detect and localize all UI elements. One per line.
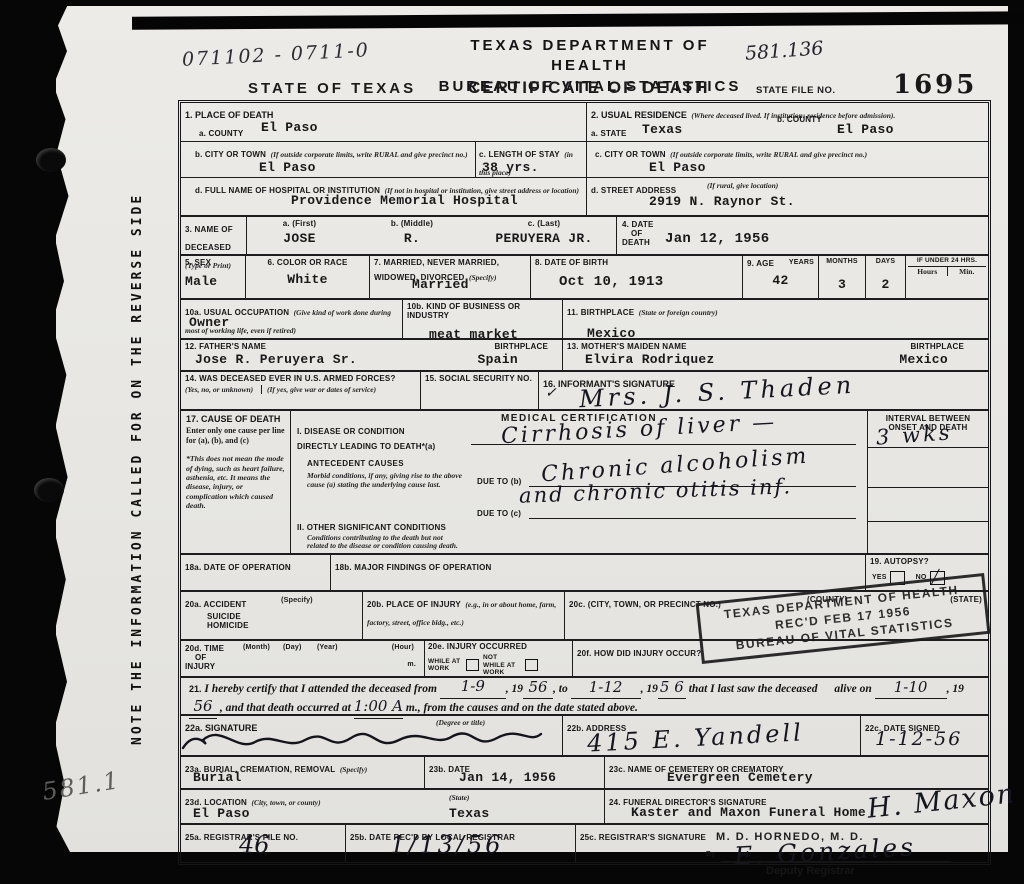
father-bp-value: Spain — [477, 353, 518, 367]
marital-label1: 7. MARRIED, NEVER MARRIED, — [374, 258, 526, 267]
while-at-work-checkbox — [466, 659, 479, 671]
certify-text-7: , 19 — [947, 683, 964, 695]
residence-city-note: (If outside corporate limits, write RURA… — [670, 150, 867, 159]
registrar-file-cell: 25a. REGISTRAR'S FILE NO. 46 — [181, 825, 346, 862]
marital-value: Married — [412, 278, 469, 292]
certify-year2-value: 5 6 — [660, 678, 684, 696]
certify-text-3: , to — [553, 683, 568, 695]
hours-label: Hours — [908, 267, 948, 276]
armed-forces-cell: 14. WAS DECEASED EVER IN U.S. ARMED FORC… — [181, 372, 421, 409]
age-years-cell: 9. AGE YEARS 42 — [743, 256, 819, 298]
burial-state-value: Texas — [449, 807, 490, 821]
residence-county-label: b. COUNTY — [777, 115, 822, 124]
birthplace-note: (State or foreign country) — [639, 308, 718, 317]
operation-date-cell: 18a. DATE OF OPERATION — [181, 555, 331, 590]
other-conditions-label: II. OTHER SIGNIFICANT CONDITIONS — [297, 523, 446, 532]
race-label: 6. COLOR OR RACE — [250, 258, 365, 267]
usual-residence-section: 2. USUAL RESIDENCE (Where deceased lived… — [587, 103, 988, 215]
age-days-cell: DAYS 2 — [866, 256, 906, 298]
certify-alive-value: 1-10 — [894, 678, 928, 696]
dod-label1: 4. DATE — [622, 220, 653, 229]
interval-line-a — [868, 447, 988, 448]
due-to-c-label: DUE TO (c) — [477, 509, 521, 518]
dept-name-line1: TEXAS DEPARTMENT OF HEALTH — [430, 36, 750, 77]
burial-state-note: (State) — [449, 793, 469, 802]
under-24-cell: IF UNDER 24 HRS. Hours Min. — [906, 256, 988, 298]
dod-label3: DEATH — [622, 238, 650, 247]
occupation-value: Owner — [189, 316, 230, 330]
hospital-value: Providence Memorial Hospital — [291, 194, 518, 208]
first-name-value: JOSE — [251, 232, 348, 246]
father-bp-label: BIRTHPLACE — [494, 342, 548, 351]
while-at-work-label: WHILE AT WORK — [428, 658, 462, 673]
due-to-b-label: DUE TO (b) — [477, 477, 522, 486]
certify-text-6: alive on — [834, 683, 871, 695]
informant-cell: 16. INFORMANT'S SIGNATURE ✓ Mrs. J. S. T… — [539, 372, 988, 409]
registrar-signature-label: 25c. REGISTRAR'S SIGNATURE — [580, 833, 706, 842]
disease-condition-label2: DIRECTLY LEADING TO DEATH* — [297, 442, 425, 451]
accident-cell: 20a. ACCIDENT (Specify) SUICIDE HOMICIDE — [181, 592, 363, 639]
certify-text-5: that I last saw the deceased — [689, 683, 818, 695]
not-while-at-work-checkbox — [525, 659, 538, 671]
address-cell: 22b. ADDRESS 415 E. Yandell — [563, 716, 861, 755]
not-while-at-work-label: NOT WHILE AT WORK — [483, 654, 521, 676]
first-name-label: a. (First) — [251, 219, 348, 228]
physician-signature — [177, 722, 547, 756]
sex-cell: 5. SEX Male — [181, 256, 246, 298]
mother-label: 13. MOTHER'S MAIDEN NAME — [567, 342, 687, 351]
under24-label: IF UNDER 24 HRS. — [908, 257, 986, 264]
certify-text-8: , and that death occurred at — [220, 702, 351, 714]
name-label-cell: 3. NAME OF DECEASED (Type or Print) — [181, 217, 247, 254]
mother-cell: 13. MOTHER'S MAIDEN NAME BIRTHPLACE Elvi… — [563, 340, 988, 370]
accident-label2: SUICIDE — [207, 612, 358, 621]
armed-forces-label: 14. WAS DECEASED EVER IN U.S. ARMED FORC… — [185, 374, 416, 383]
dod-label2: OF — [631, 229, 643, 238]
certify-text-1: I hereby certify that I attended the dec… — [204, 683, 437, 695]
father-value: Jose R. Peruyera Sr. — [195, 353, 357, 367]
accident-label3: HOMICIDE — [207, 621, 358, 630]
age-days-value: 2 — [870, 278, 901, 292]
accident-label1: 20a. ACCIDENT — [185, 600, 246, 609]
operation-findings-cell: 18b. MAJOR FINDINGS OF OPERATION — [331, 555, 866, 590]
registrar-date-cell: 25b. DATE REC'D BY LOCAL REGISTRAR 1/13/… — [346, 825, 576, 862]
state-of-texas: STATE OF TEXAS — [248, 80, 416, 97]
month-label: (Month) — [243, 644, 270, 652]
dob-label: 8. DATE OF BIRTH — [535, 258, 738, 267]
occupation-cell: 10a. USUAL OCCUPATION (Give kind of work… — [181, 300, 403, 338]
cause-label-cell: 17. CAUSE OF DEATH Enter only one cause … — [181, 411, 291, 553]
age-years-value: 42 — [747, 274, 814, 288]
burial-type-value: Burial — [193, 771, 242, 785]
length-of-stay-label: c. LENGTH OF STAY — [479, 150, 560, 159]
mother-bp-label: BIRTHPLACE — [910, 342, 964, 351]
certify-number: 21. — [189, 684, 202, 694]
last-name-cell: c. (Last) PERUYERA JR. — [472, 217, 617, 254]
residence-city-label: c. CITY OR TOWN — [595, 150, 666, 159]
disease-condition-a: (a) — [425, 442, 435, 451]
certify-hour-value: 1:00 A — [354, 697, 403, 715]
certify-year3-value: 56 — [193, 697, 212, 715]
physician-signature-cell: 22a. SIGNATURE (Degree or title) — [181, 716, 563, 755]
year-label: (Year) — [317, 644, 338, 652]
how-injury-label: 20f. HOW DID INJURY OCCUR? — [577, 649, 701, 658]
punch-hole — [34, 478, 64, 502]
residence-county-value: El Paso — [837, 123, 894, 137]
last-name-label: c. (Last) — [476, 219, 612, 228]
birthplace-cell: 11. BIRTHPLACE (State or foreign country… — [563, 300, 988, 338]
operation-findings-label: 18b. MAJOR FINDINGS OF OPERATION — [335, 563, 492, 572]
min-label: Min. — [948, 267, 987, 276]
dob-value: Oct 10, 1913 — [559, 275, 738, 290]
certify-text-2: , 19 — [506, 683, 523, 695]
certify-year1-value: 56 — [528, 678, 547, 696]
industry-label: 10b. KIND OF BUSINESS OR INDUSTRY — [407, 302, 558, 320]
disease-condition-label1: I. DISEASE OR CONDITION — [297, 427, 405, 436]
certificate-form: 1. PLACE OF DEATH a. COUNTY El Paso b. C… — [178, 100, 991, 865]
operation-date-label: 18a. DATE OF OPERATION — [185, 563, 291, 572]
time-of-injury-cell: 20d. TIME OF INJURY (Month) (Day) (Year)… — [181, 641, 425, 676]
father-cell: 12. FATHER'S NAME BIRTHPLACE Jose R. Per… — [181, 340, 563, 370]
father-label: 12. FATHER'S NAME — [185, 342, 266, 351]
city-label: b. CITY OR TOWN — [195, 150, 266, 159]
funeral-home-value: Kaster and Maxon Funeral Home — [631, 806, 866, 820]
street-note: (If rural, give location) — [707, 181, 778, 190]
punch-hole — [36, 148, 66, 172]
age-label: 9. AGE — [747, 259, 774, 268]
interval-line-b — [868, 487, 988, 488]
residence-state-value: Texas — [642, 123, 683, 137]
mother-bp-value: Mexico — [899, 353, 948, 367]
armed-forces-note1: (Yes, no, or unknown) — [185, 385, 261, 394]
burial-city-value: El Paso — [193, 807, 250, 821]
registrar-signature-cell: 25c. REGISTRAR'S SIGNATURE M. D. HORNEDO… — [576, 825, 988, 862]
marital-cell: 7. MARRIED, NEVER MARRIED, WIDOWED, DIVO… — [370, 256, 531, 298]
dob-cell: 8. DATE OF BIRTH Oct 10, 1913 — [531, 256, 743, 298]
cause-footnote: *This does not mean the mode of dying, s… — [186, 454, 285, 510]
medical-certification-cell: MEDICAL CERTIFICATION I. DISEASE OR COND… — [291, 411, 868, 553]
date-signed-value: 1-12-56 — [875, 730, 962, 749]
informant-checkmark: ✓ — [545, 386, 557, 400]
age-months-cell: MONTHS 3 — [819, 256, 866, 298]
usual-residence-title: 2. USUAL RESIDENCE — [591, 110, 687, 120]
injury-occurred-label: 20e. INJURY OCCURRED — [428, 642, 569, 651]
day-label: (Day) — [283, 644, 302, 652]
first-name-cell: a. (First) JOSE — [247, 217, 352, 254]
interval-cell: INTERVAL BETWEEN ONSET AND DEATH 3 wks — [868, 411, 988, 553]
cause-instruction: Enter only one cause per line for (a), (… — [186, 426, 285, 446]
cause-label: 17. CAUSE OF DEATH — [186, 414, 285, 424]
marital-note: (Specify) — [469, 273, 496, 282]
name-label: 3. NAME OF DECEASED — [185, 225, 233, 252]
registrar-date-value: 1/13/56 — [390, 833, 504, 857]
years-label: YEARS — [789, 259, 814, 267]
middle-name-cell: b. (Middle) R. — [352, 217, 472, 254]
county-label: a. COUNTY — [199, 129, 243, 138]
reverse-side-note: NOTE THE INFORMATION CALLED FOR ON THE R… — [130, 180, 145, 745]
county-value: El Paso — [261, 121, 318, 135]
industry-cell: 10b. KIND OF BUSINESS OR INDUSTRY meat m… — [403, 300, 563, 338]
certificate-title: CERTIFICATE OF DEATH — [468, 78, 709, 98]
certify-to-value: 1-12 — [589, 678, 623, 696]
sex-value: Male — [185, 275, 241, 289]
registrar-file-value: 46 — [239, 833, 270, 857]
middle-name-label: b. (Middle) — [356, 219, 468, 228]
m-label: m. — [407, 661, 416, 669]
hour-label: (Hour) — [392, 644, 414, 652]
date-signed-cell: 22c. DATE SIGNED 1-12-56 — [861, 716, 988, 755]
months-label: MONTHS — [823, 258, 861, 266]
days-label: DAYS — [870, 258, 901, 266]
burial-location-note: (City, town, or county) — [251, 798, 320, 807]
race-cell: 6. COLOR OR RACE White — [246, 256, 370, 298]
mother-value: Elvira Rodriquez — [585, 353, 715, 367]
residence-state-label: a. STATE — [591, 129, 627, 138]
state-file-no-label: STATE FILE NO. — [756, 85, 835, 96]
last-name-value: PERUYERA JR. — [476, 232, 612, 246]
certify-paragraph-cell: 21. I hereby certify that I attended the… — [181, 678, 988, 714]
place-of-death-title: 1. PLACE OF DEATH — [185, 110, 273, 120]
other-conditions-note2: related to the disease or condition caus… — [307, 541, 458, 550]
time-label3: INJURY — [185, 662, 215, 671]
state-file-no-value: 1695 — [893, 70, 977, 100]
armed-forces-note2: (If yes, give war or dates of service) — [261, 385, 376, 394]
accident-note: (Specify) — [281, 595, 313, 604]
place-of-injury-label: 20b. PLACE OF INJURY — [367, 600, 461, 609]
sex-label: 5. SEX — [185, 258, 241, 267]
place-of-death-section: 1. PLACE OF DEATH a. COUNTY El Paso b. C… — [181, 103, 587, 215]
certify-from-value: 1-9 — [461, 677, 485, 695]
length-of-stay-value: 38 yrs. — [482, 161, 539, 175]
autopsy-label: 19. AUTOPSY? — [870, 557, 984, 566]
autopsy-yes-label: YES — [872, 574, 887, 582]
birthplace-label: 11. BIRTHPLACE — [567, 308, 634, 317]
funeral-director-cell: 24. FUNERAL DIRECTOR'S SIGNATURE Kaster … — [605, 790, 988, 823]
cemetery-cell: 23c. NAME OF CEMETERY OR CREMATORY Everg… — [605, 757, 988, 788]
city-value: El Paso — [259, 161, 316, 175]
burial-date-value: Jan 14, 1956 — [459, 771, 556, 785]
cemetery-value: Evergreen Cemetery — [667, 771, 813, 785]
age-months-value: 3 — [823, 278, 861, 292]
antecedent-label: ANTECEDENT CAUSES — [307, 459, 404, 468]
antecedent-note: Morbid conditions, if any, giving rise t… — [307, 471, 465, 489]
place-of-injury-cell: 20b. PLACE OF INJURY (e.g., in or about … — [363, 592, 565, 639]
certify-text-9: m., from the causes and on the date stat… — [406, 702, 638, 714]
registrar-by-label: By — [706, 851, 715, 859]
deputy-registrar-signature: E. Gonzales — [733, 834, 916, 868]
interval-a-value: 3 wks — [875, 422, 953, 448]
burial-location-cell: 23d. LOCATION (City, town, or county) (S… — [181, 790, 605, 823]
residence-city-value: El Paso — [649, 161, 706, 175]
street-value: 2919 N. Raynor St. — [649, 195, 795, 209]
middle-name-value: R. — [356, 232, 468, 246]
ssn-cell: 15. SOCIAL SECURITY NO. — [421, 372, 539, 409]
race-value: White — [250, 273, 365, 287]
burial-type-cell: 23a. BURIAL, CREMATION, REMOVAL (Specify… — [181, 757, 425, 788]
handwritten-header-right: 581.136 — [744, 39, 824, 63]
time-label2: OF — [195, 653, 207, 662]
interval-line-c — [868, 521, 988, 522]
ssn-label: 15. SOCIAL SECURITY NO. — [425, 374, 534, 383]
date-of-death-cell: 4. DATE OF DEATH Jan 12, 1956 — [617, 217, 988, 254]
burial-type-note: (Specify) — [340, 765, 367, 774]
burial-date-cell: 23b. DATE Jan 14, 1956 — [425, 757, 605, 788]
certify-text-4: , 19 — [641, 683, 658, 695]
cause-c-line — [529, 518, 856, 519]
injury-occurred-cell: 20e. INJURY OCCURRED WHILE AT WORK NOT W… — [425, 641, 573, 676]
date-of-death-value: Jan 12, 1956 — [665, 232, 769, 247]
time-label1: 20d. TIME — [185, 644, 224, 653]
city-note: (If outside corporate limits, write RURA… — [271, 150, 468, 159]
